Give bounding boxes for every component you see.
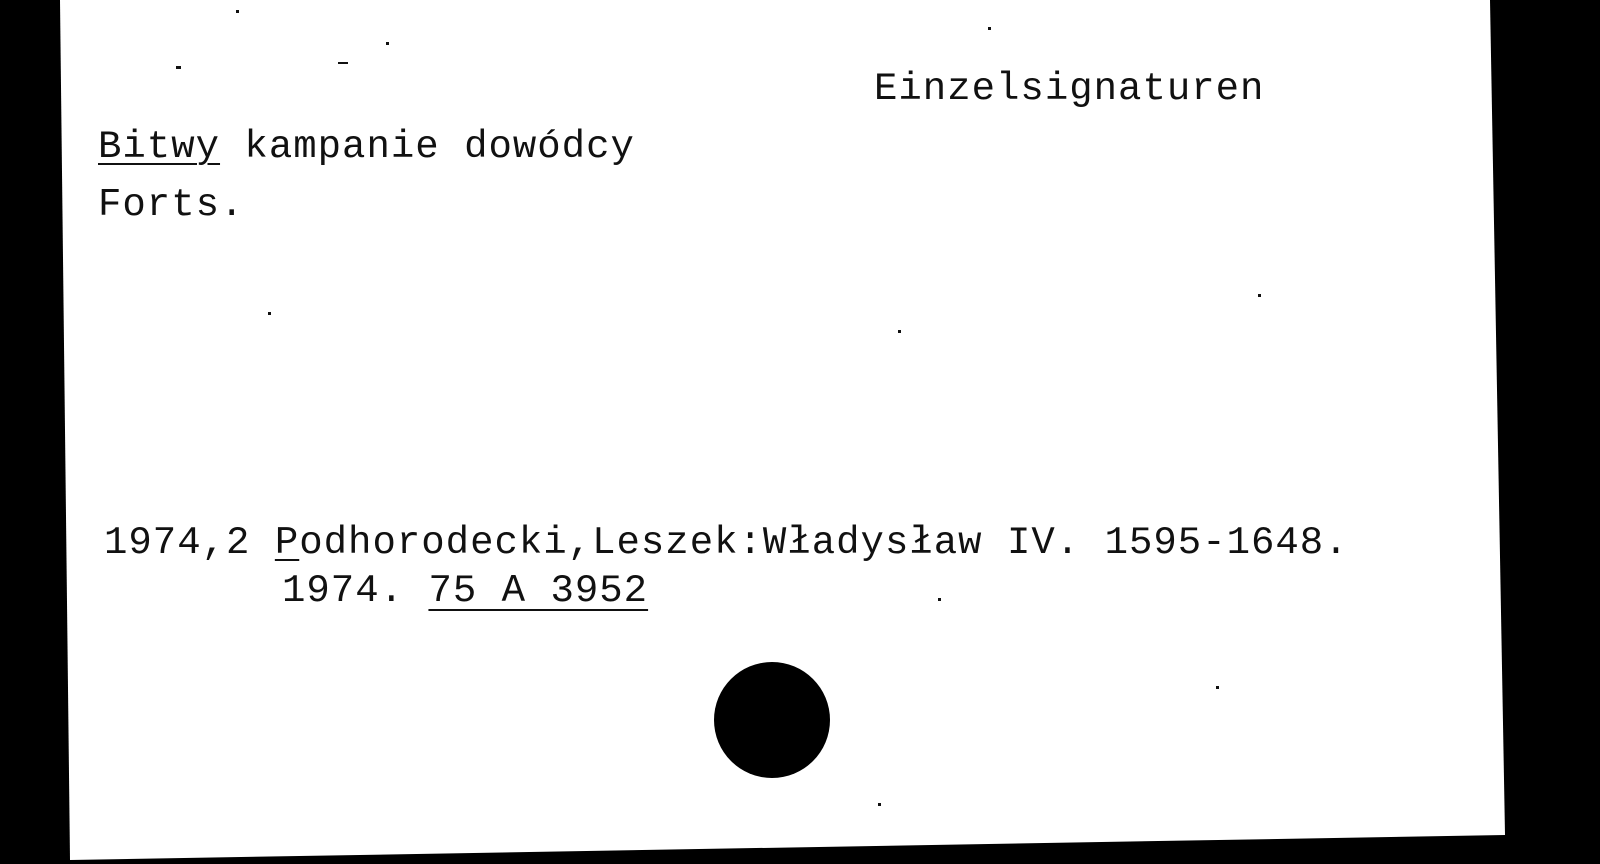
subject-rest: kampanie dowódcy bbox=[220, 125, 635, 169]
card-heading: Einzelsignaturen bbox=[874, 70, 1264, 109]
accession-number: 1974,2 bbox=[104, 521, 250, 565]
dust-speck bbox=[236, 10, 239, 13]
dust-speck bbox=[386, 42, 389, 45]
author-title: odhorodecki,Leszek:Władysław IV. 1595-16… bbox=[299, 521, 1348, 565]
entry-line-1: 1974,2 Podhorodecki,Leszek:Władysław IV.… bbox=[104, 524, 1349, 563]
dust-speck bbox=[1258, 294, 1261, 297]
dust-speck bbox=[878, 803, 881, 806]
dust-speck bbox=[898, 330, 901, 333]
author-initial: P bbox=[275, 521, 299, 565]
continuation-label: Forts. bbox=[98, 186, 244, 225]
catalog-card: Einzelsignaturen Bitwy kampanie dowódcy … bbox=[0, 0, 1600, 864]
subject-heading: Bitwy kampanie dowódcy bbox=[98, 128, 635, 167]
publication-year: 1974. bbox=[282, 569, 404, 613]
card-punch-hole bbox=[714, 662, 830, 778]
subject-primary: Bitwy bbox=[98, 125, 220, 169]
scanned-card-background: Einzelsignaturen Bitwy kampanie dowódcy … bbox=[0, 0, 1600, 864]
dust-speck bbox=[176, 66, 181, 69]
dust-speck bbox=[938, 598, 941, 601]
entry-line-2: 1974. 75 A 3952 bbox=[282, 572, 648, 611]
dust-speck bbox=[1216, 686, 1219, 689]
dust-speck bbox=[988, 27, 991, 30]
shelfmark: 75 A 3952 bbox=[428, 569, 648, 613]
dust-speck bbox=[268, 312, 271, 315]
dust-speck bbox=[338, 62, 348, 64]
